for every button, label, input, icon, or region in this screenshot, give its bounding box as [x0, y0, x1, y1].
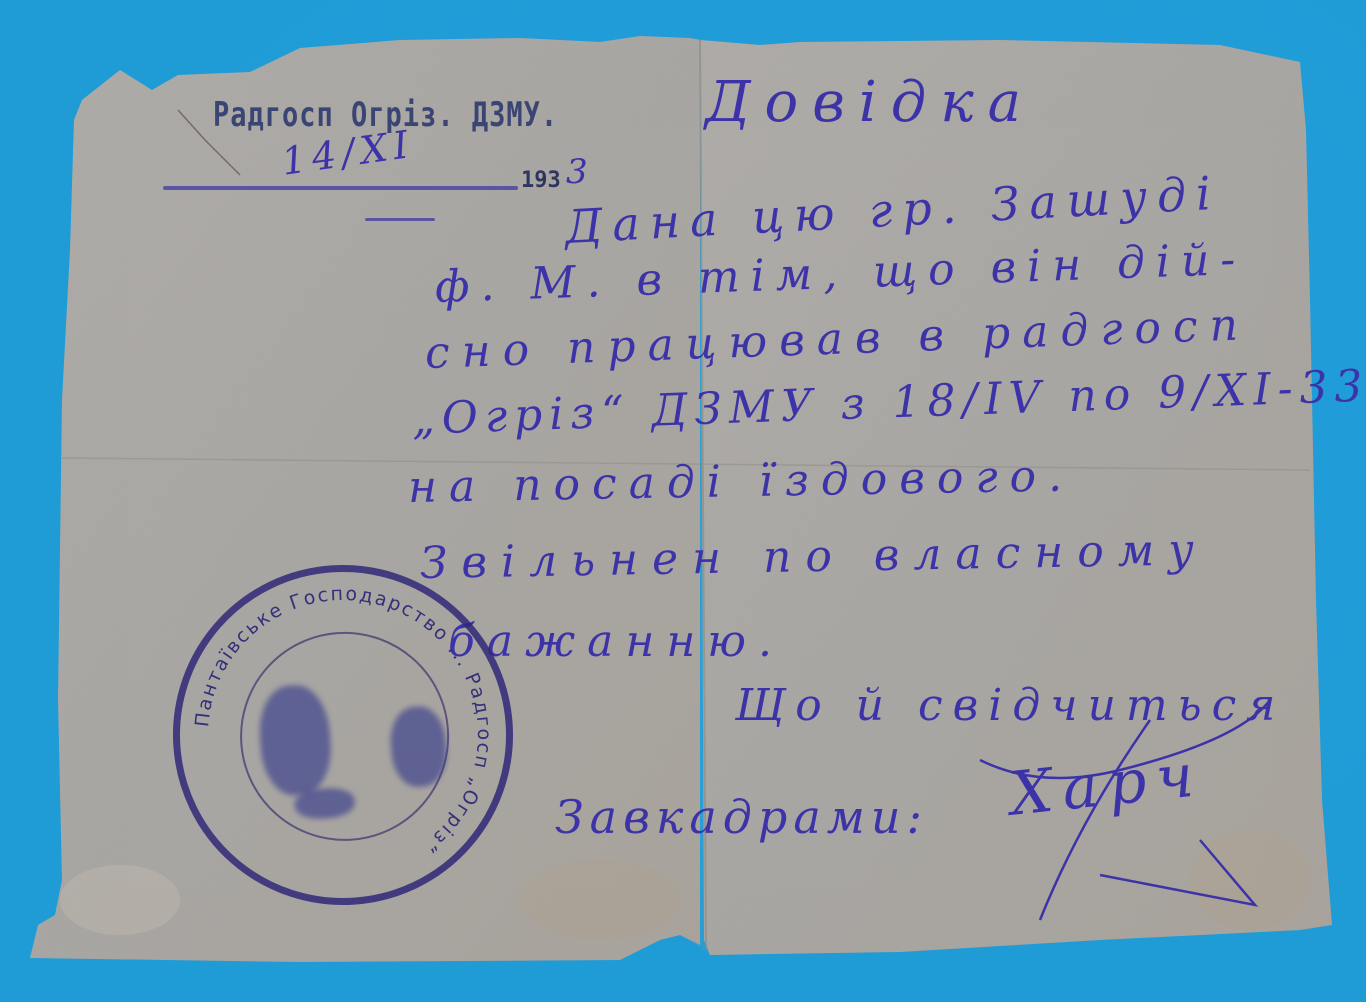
svg-text:Пантаївське Господарство ... Р: Пантаївське Господарство ... Радгосп „Ог…	[182, 573, 504, 875]
date-underline	[365, 218, 435, 221]
document-title: Довідка	[705, 70, 1035, 135]
seal-text-ring: Пантаївське Господарство ... Радгосп „Ог…	[169, 561, 517, 909]
handwritten-year-digit: 3	[566, 152, 588, 192]
round-seal: Пантаївське Господарство ... Радгосп „Ог…	[162, 554, 525, 917]
signature-label: Завкадрами:	[555, 790, 928, 844]
printed-year: 193	[521, 168, 561, 193]
body-line-8: Що й свідчиться	[735, 680, 1285, 731]
date-line	[163, 186, 518, 190]
